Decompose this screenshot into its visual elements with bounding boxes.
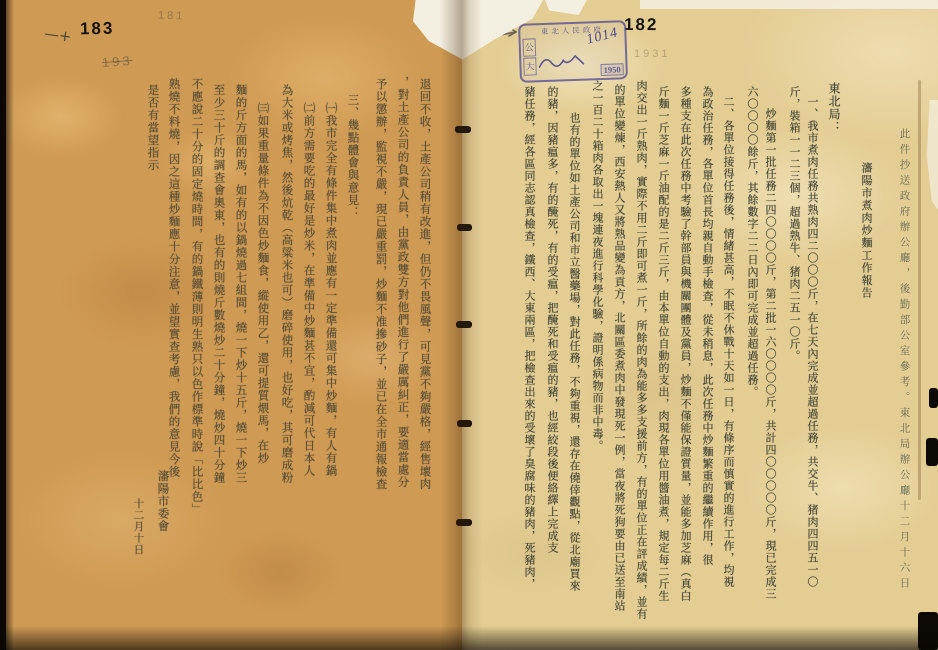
faint-page-number: 181 xyxy=(158,10,186,23)
text-column: 也有的單位如土產公司和市立醫藥場，對此任務，不夠重視，還存在僥倖觀點，從北廟買來 xyxy=(568,112,579,592)
signature-date: 十二月十日 xyxy=(132,498,143,556)
bottom-edge-shadow xyxy=(0,626,938,650)
text-column: 予以懲辦，監視不嚴，現已嚴重罰，炒麵不准摻砂子，並已在全市通報檢查 xyxy=(374,78,386,491)
right-page: 182 1931 一、我市煮肉任務共熟肉四二〇〇〇斤，在七天內完成並超過任務，共… xyxy=(462,0,938,650)
text-column: 的單位變煉，西安熱人又將熟品變為貢方，北關區委煮肉中發現死一例，當夜將死狗要由已… xyxy=(613,84,624,612)
text-column: 斤，裝箱一一二三個，超過熟牛、猪肉二五一〇斤。 xyxy=(788,86,799,362)
text-column: 斤麵一斤芝麻一斤油配的是二斤三斤，由本單位自動的支出，肉現各單位用醬油煮，規定每… xyxy=(657,86,668,602)
routing-annotation-column: 此件抄送政府辦公廳，後勤部公室參考。東北局辦公廳十二月十六日 xyxy=(898,128,909,593)
crossed-out-page-number: 193 xyxy=(102,53,134,70)
text-column: 的豬，因豬瘟多，有的醃死，有的受瘟，把醃死和受瘟的豬，也經絞段後便絡繹上完成支 xyxy=(546,86,557,554)
text-column: 為大米或烤焦，然後炕乾（高粱米也可）磨碎使用，也好吃，其可磨成粉 xyxy=(280,84,292,484)
handwritten-plus-mark: —+ xyxy=(43,24,73,46)
text-column: 之一百二十箱肉各取出一塊連夜進行科學化驗，證明係病物而非中毒。 xyxy=(591,80,602,452)
text-column: 是否有當望指示 xyxy=(146,84,158,172)
left-page: 183 181 193 —+ 退回不收，土產公司稍有改進，但仍不畏風聲，可見黨不… xyxy=(6,0,462,650)
text-column: 不應說二十分的固定燒時間，有的鍋鐵薄則明生熟只以色作標準時說「比比色」 xyxy=(190,78,202,516)
text-column: 麵的斤方面的馬，如有的以鍋燒過七組間，燒一下炒十五斤，燒一下炒三 xyxy=(234,84,246,484)
edge-mark xyxy=(929,388,938,408)
text-column: 至少三十斤的調查會奧東，也有的則燒斤數燒炒二十分鐘，燒炒四十分鐘 xyxy=(212,84,224,484)
receipt-stamp: 東北人民政府 公 大 1014 1950 xyxy=(518,20,628,83)
text-column: 六〇〇〇〇餘斤，其餘數字二二日內即可完成並超過任務。 xyxy=(746,86,757,398)
torn-top-edge xyxy=(640,0,938,9)
report-title: 瀋陽市煮肉炒麵工作報告 xyxy=(860,162,871,300)
text-column: 炒麵第一批任務二四〇〇〇〇斤，第二批一六〇〇〇〇斤，共計四〇〇〇〇〇斤，現已完成… xyxy=(764,108,775,600)
stamp-scribble-icon xyxy=(537,46,588,74)
text-column: 多種支在此次任務中考驗了幹部員與機關團體及黨員，炒麵不僅能保證質量，並能多加芝麻… xyxy=(679,86,690,602)
page-number-182: 182 xyxy=(624,15,659,35)
text-column: ㈢如果重量條件為不因色炒麵食，縱使用乙，還可提質煨馬，在炒 xyxy=(256,102,268,465)
page-number-183: 183 xyxy=(80,19,115,40)
signature: 瀋陽市委會 xyxy=(156,470,168,533)
text-column: 三、幾點體會與意見： xyxy=(346,94,358,219)
stamp-year-box: 1950 xyxy=(600,63,623,76)
salutation: 東北局： xyxy=(828,82,840,134)
text-column: 二、各單位接得任務後，情緒甚高，不眠不休戰十天如一日，有條序而慎實的進行工作，均… xyxy=(722,96,733,588)
text-column: ，對土產公司的負責人員，由黨政雙方對他們進行了嚴厲糾正，要適當處分 xyxy=(396,76,408,489)
edge-mark xyxy=(926,438,938,466)
text-column: ㈡前方需要吃的最好是炒米，在準備中炒麵甚不宜，酌減可代日本人 xyxy=(302,102,314,477)
stamp-label-bottom: 大 xyxy=(523,57,537,75)
stamp-label-top: 公 xyxy=(523,38,537,56)
text-column: 肉交出一斤熟肉，實際不用二斤即可煮一斤，所餘的肉為能多多支援前方，有的單位正在評… xyxy=(635,80,646,620)
text-column: ㈠我市完全有條件集中煮肉並應有一定準備還可集中炒麵，有人有鍋 xyxy=(324,102,336,477)
scanned-document: 183 181 193 —+ 退回不收，土產公司稍有改進，但仍不畏風聲，可見黨不… xyxy=(0,0,938,650)
text-column: 退回不收，土產公司稍有改進，但仍不畏風聲，可見黨不夠嚴格，經售壞肉 xyxy=(418,78,430,491)
left-edge-shadow xyxy=(0,0,14,650)
gutter-shadow xyxy=(440,0,482,650)
fold-crease xyxy=(918,80,921,500)
text-column: 豬任務，經各區同志認真檢查，鐵西、大東兩區，把檢查出來的受壞了臭腐味的豬肉，死豬… xyxy=(523,86,534,590)
text-column: 為政治任務，各單位首長均親自動手檢查，從未稍息，此次任務中炒麵繁重的繼續作用，很 xyxy=(701,86,712,566)
faint-number: 1931 xyxy=(634,48,670,60)
text-column: 熟燒不料燒，因之這種炒麵應十分注意，並望實查考慮，我們的意見今後 xyxy=(167,78,179,478)
text-column: 一、我市煮肉任務共熟肉四二〇〇〇斤，在七天內完成並超過任務，共交牛、猪肉四四五一… xyxy=(806,96,817,588)
